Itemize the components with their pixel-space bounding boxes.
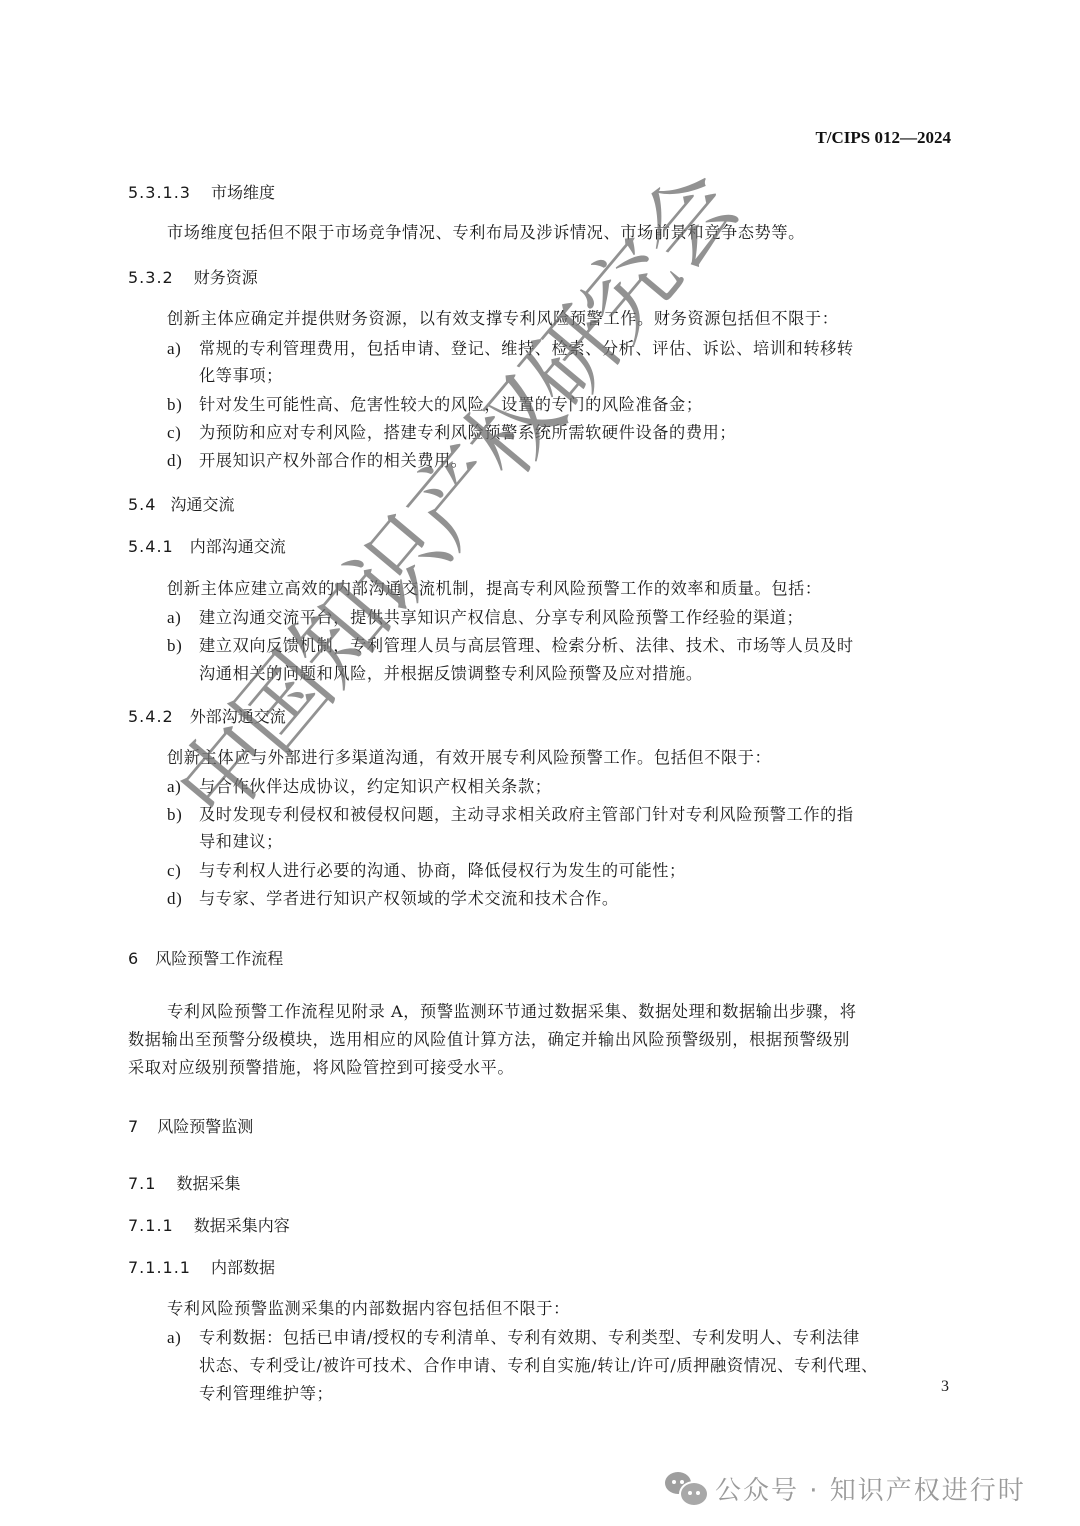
heading-title: 财务资源: [194, 268, 258, 287]
list-marker: a): [167, 772, 181, 802]
heading-7: 7风险预警监测: [128, 1114, 253, 1137]
list-marker: b): [167, 390, 182, 420]
list-marker: b): [167, 631, 182, 661]
list-text: 建立沟通交流平台，提供共享知识产权信息、分享专利风险预警工作经验的渠道；: [199, 603, 803, 633]
heading-5-3-1-3: 5.3.1.3市场维度: [128, 180, 275, 203]
list-marker: a): [167, 603, 181, 633]
list-text: 开展知识产权外部合作的相关费用。: [199, 446, 468, 476]
heading-7-1-1-1: 7.1.1.1内部数据: [128, 1255, 275, 1278]
heading-title: 市场维度: [211, 183, 275, 202]
heading-title: 数据采集: [176, 1174, 240, 1193]
list-marker: b): [167, 800, 182, 830]
list-text: 及时发现专利侵权和被侵权问题，主动寻求相关政府主管部门针对专利风险预警工作的指: [199, 800, 854, 830]
paragraph: 创新主体应确定并提供财务资源，以有效支撑专利风险预警工作。财务资源包括但不限于：: [167, 304, 839, 334]
heading-number: 5.4: [128, 495, 156, 514]
list-text: 为预防和应对专利风险，搭建专利风险预警系统所需软硬件设备的费用；: [199, 418, 736, 448]
paragraph-line: 采取对应级别预警措施，将风险管控到可接受水平。: [128, 1053, 514, 1083]
list-text: 状态、专利受让/被许可技术、合作申请、专利自实施/转让/许可/质押融资情况、专利…: [199, 1351, 878, 1381]
paragraph: 创新主体应与外部进行多渠道沟通，有效开展专利风险预警工作。包括但不限于：: [167, 743, 771, 773]
heading-title: 风险预警监测: [157, 1117, 253, 1136]
list-text: 与专家、学者进行知识产权领域的学术交流和技术合作。: [199, 884, 619, 914]
heading-title: 外部沟通交流: [190, 707, 286, 726]
heading-number: 5.4.1: [128, 537, 174, 556]
wechat-icon: [665, 1472, 707, 1506]
list-marker: c): [167, 856, 181, 886]
heading-6: 6风险预警工作流程: [128, 946, 283, 969]
list-marker: c): [167, 418, 181, 448]
heading-number: 7.1.1.1: [128, 1258, 191, 1277]
heading-title: 内部数据: [211, 1258, 275, 1277]
heading-number: 5.3.2: [128, 268, 174, 287]
list-marker: a): [167, 334, 181, 364]
list-text: 与合作伙伴达成协议，约定知识产权相关条款；: [199, 772, 552, 802]
list-text: 针对发生可能性高、危害性较大的风险，设置的专门的风险准备金；: [199, 390, 703, 420]
heading-title: 风险预警工作流程: [155, 949, 283, 968]
heading-number: 7: [128, 1117, 139, 1136]
paragraph-line: 数据输出至预警分级模块，选用相应的风险值计算方法，确定并输出风险预警级别，根据预…: [128, 1025, 850, 1055]
heading-7-1-1: 7.1.1数据采集内容: [128, 1213, 290, 1236]
heading-number: 7.1: [128, 1174, 156, 1193]
list-marker: d): [167, 446, 182, 476]
list-text: 专利管理维护等；: [199, 1379, 333, 1409]
list-text: 专利数据：包括已申请/授权的专利清单、专利有效期、专利类型、专利发明人、专利法律: [199, 1323, 860, 1353]
page-number: 3: [941, 1378, 949, 1396]
heading-title: 数据采集内容: [194, 1216, 290, 1235]
paragraph: 专利风险预警监测采集的内部数据内容包括但不限于：: [167, 1294, 570, 1324]
heading-title: 内部沟通交流: [190, 537, 286, 556]
list-text: 建立双向反馈机制，专利管理人员与高层管理、检索分析、法律、技术、市场等人员及时: [199, 631, 854, 661]
document-id: T/CIPS 012—2024: [815, 128, 951, 148]
document-page: T/CIPS 012—2024 5.3.1.3市场维度 市场维度包括但不限于市场…: [0, 0, 1080, 1526]
heading-7-1: 7.1数据采集: [128, 1171, 240, 1194]
paragraph: 创新主体应建立高效的内部沟通交流机制，提高专利风险预警工作的效率和质量。包括：: [167, 574, 822, 604]
list-marker: d): [167, 884, 182, 914]
list-text: 导和建议；: [199, 827, 283, 857]
footer-brand: 公众号 · 知识产权进行时: [665, 1470, 1026, 1507]
list-text: 沟通相关的问题和风险，并根据反馈调整专利风险预警及应对措施。: [199, 659, 703, 689]
heading-5-4-2: 5.4.2外部沟通交流: [128, 704, 286, 727]
heading-5-4: 5.4沟通交流: [128, 492, 234, 515]
heading-number: 7.1.1: [128, 1216, 174, 1235]
heading-number: 6: [128, 949, 139, 968]
heading-5-3-2: 5.3.2财务资源: [128, 265, 258, 288]
list-marker: a): [167, 1323, 181, 1353]
footer-label: 公众号 · 知识产权进行时: [715, 1470, 1026, 1507]
heading-number: 5.3.1.3: [128, 183, 191, 202]
heading-title: 沟通交流: [170, 495, 234, 514]
heading-5-4-1: 5.4.1内部沟通交流: [128, 534, 286, 557]
paragraph-line: 专利风险预警工作流程见附录 A，预警监测环节通过数据采集、数据处理和数据输出步骤…: [167, 997, 857, 1027]
list-text: 化等事项；: [199, 361, 283, 391]
paragraph: 市场维度包括但不限于市场竞争情况、专利布局及涉诉情况、市场前景和竞争态势等。: [167, 218, 805, 248]
list-text: 与专利权人进行必要的沟通、协商，降低侵权行为发生的可能性；: [199, 856, 686, 886]
list-text: 常规的专利管理费用，包括申请、登记、维持、检索、分析、评估、诉讼、培训和转移转: [199, 334, 854, 364]
heading-number: 5.4.2: [128, 707, 174, 726]
